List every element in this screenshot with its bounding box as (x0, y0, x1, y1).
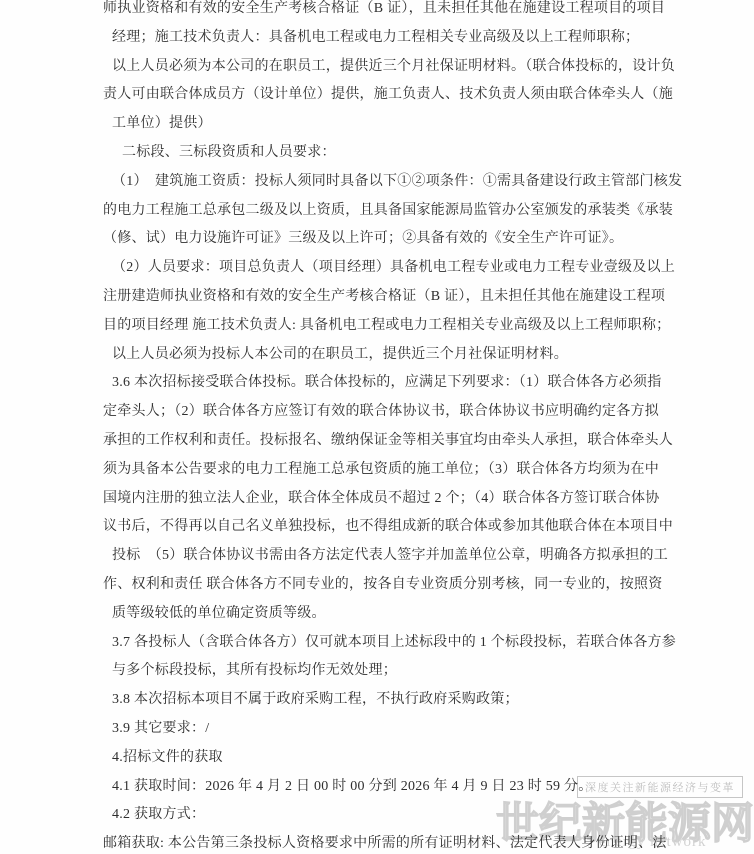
text-line: 3.9 其它要求：/ (103, 715, 683, 744)
text-line: 邮箱获取: 本公告第三条投标人资格要求中所需的所有证明材料、法定代表人身份证明、… (103, 830, 683, 854)
document-page: 深度关注新能源经济与变革 世纪新能源网 energy network 师执业资格… (0, 0, 754, 854)
text-line: 二标段、三标段资质和人员要求： (103, 139, 683, 168)
text-line: 与多个标段投标，其所有投标均作无效处理； (103, 657, 683, 686)
text-line: 经理；施工技术负责人：具备机电工程或电力工程相关专业高级及以上工程师职称； (103, 24, 683, 53)
text-line: 作、权利和责任 联合体各方不同专业的，按各自专业资质分别考核，同一专业的，按照资 (103, 571, 683, 600)
text-line: 定牵头人；（2）联合体各方应签订有效的联合体协议书，联合体协议书应明确约定各方拟 (103, 398, 683, 427)
text-line: 以上人员必须为投标人本公司的在职员工，提供近三个月社保证明材料。 (103, 341, 683, 370)
text-line: 质等级较低的单位确定资质等级。 (103, 600, 683, 629)
text-line: 注册建造师执业资格和有效的安全生产考核合格证（B 证），且未担任其他在施建设工程… (103, 283, 683, 312)
text-line: （修、试）电力设施许可证》三级及以上许可；②具备有效的《安全生产许可证》。 (103, 225, 683, 254)
document-body: 师执业资格和有效的安全生产考核合格证（B 证），且未担任其他在施建设工程项目的项… (103, 0, 683, 854)
text-line: 须为具备本公告要求的电力工程施工总承包资质的施工单位；（3）联合体各方均须为在中 (103, 456, 683, 485)
text-line: 3.7 各投标人（含联合体各方）仅可就本项目上述标段中的 1 个标段投标，若联合… (103, 629, 683, 658)
text-line: 目的项目经理 施工技术负责人: 具备机电工程或电力工程相关专业高级及以上工程师职… (103, 312, 683, 341)
text-line: 4.招标文件的获取 (103, 744, 683, 773)
text-line: 承担的工作权利和责任。投标报名、缴纳保证金等相关事宜均由牵头人承担，联合体牵头人 (103, 427, 683, 456)
text-line: 工单位）提供） (103, 110, 683, 139)
text-line: 4.2 获取方式： (103, 801, 683, 830)
text-line: 国境内注册的独立法人企业，联合体全体成员不超过 2 个；（4）联合体各方签订联合… (103, 485, 683, 514)
text-line: 以上人员必须为本公司的在职员工，提供近三个月社保证明材料。（联合体投标的，设计负 (103, 53, 683, 82)
text-line: 投标 （5）联合体协议书需由各方法定代表人签字并加盖单位公章，明确各方拟承担的工 (103, 542, 683, 571)
text-line: 3.6 本次招标接受联合体投标。联合体投标的，应满足下列要求：（1）联合体各方必… (103, 369, 683, 398)
text-line: 师执业资格和有效的安全生产考核合格证（B 证），且未担任其他在施建设工程项目的项… (103, 0, 683, 24)
text-line: 的电力工程施工总承包二级及以上资质，且具备国家能源局监管办公室颁发的承装类《承装 (103, 197, 683, 226)
text-line: 4.1 获取时间：2026 年 4 月 2 日 00 时 00 分到 2026 … (103, 773, 683, 802)
text-line: （2）人员要求：项目总负责人（项目经理）具备机电工程专业或电力工程专业壹级及以上 (103, 254, 683, 283)
text-line: 议书后，不得再以自己名义单独投标，也不得组成新的联合体或参加其他联合体在本项目中 (103, 513, 683, 542)
text-line: （1） 建筑施工资质：投标人须同时具备以下①②项条件：①需具备建设行政主管部门核… (103, 168, 683, 197)
text-line: 责人可由联合体成员方（设计单位）提供，施工负责人、技术负责人须由联合体牵头人（施 (103, 81, 683, 110)
text-line: 3.8 本次招标本项目不属于政府采购工程，不执行政府采购政策； (103, 686, 683, 715)
